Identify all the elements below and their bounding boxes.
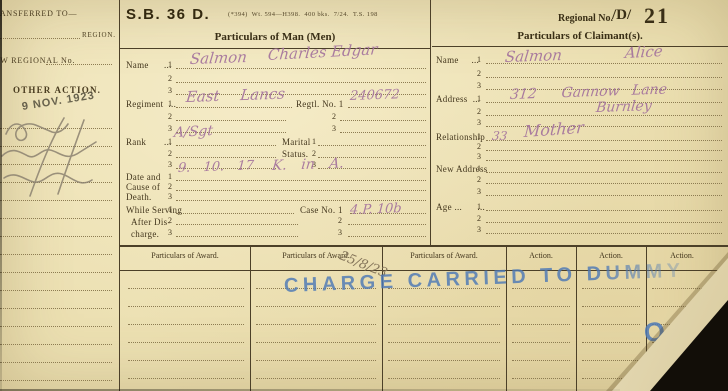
row-number: 1 [312, 137, 316, 146]
dotted-rule [582, 342, 640, 343]
field-label-charge: charge. [131, 229, 159, 239]
row-number: 1 [168, 99, 172, 108]
row-number: 1 [168, 172, 172, 181]
dotted-rule [486, 210, 722, 211]
dotted-rule [176, 82, 426, 83]
field-label-rank: Rank ... [126, 137, 172, 147]
dotted-rule [486, 150, 722, 151]
row-number: 3 [477, 225, 481, 234]
dotted-rule [176, 68, 426, 69]
award-header-1: Particulars of Award. [120, 251, 250, 260]
row-number: 3 [168, 160, 172, 169]
dotted-rule [388, 306, 500, 307]
field-label-name: Name ... [126, 60, 172, 70]
field-label-cause-of: Cause of [126, 182, 160, 192]
dotted-rule [512, 324, 570, 325]
dotted-rule [0, 236, 112, 237]
dotted-rule [128, 342, 244, 343]
dotted-rule [582, 360, 640, 361]
row-number: 3 [168, 124, 172, 133]
field-label-date-and: Date and [126, 172, 161, 182]
claimant-surname-value: Salmon [504, 46, 563, 66]
dotted-rule [128, 360, 244, 361]
relationship-code-value: 33 [491, 129, 508, 143]
row-number: 3 [332, 124, 336, 133]
dotted-rule [0, 290, 112, 291]
dotted-rule [318, 145, 426, 146]
dotted-rule [176, 120, 286, 121]
dotted-rule [582, 306, 640, 307]
dotted-rule [512, 306, 570, 307]
dotted-rule [176, 224, 298, 225]
regtl-no-value: 240672 [349, 87, 400, 104]
relationship-value: Mother [523, 118, 584, 141]
row-number: 2 [338, 216, 342, 225]
dotted-rule [176, 213, 294, 214]
row-number: 2 [332, 112, 336, 121]
dotted-rule [176, 157, 276, 158]
field-label-death: Death. [126, 192, 152, 202]
row-number: 1 [168, 205, 172, 214]
rank-value: A/Sgt [173, 123, 213, 141]
dotted-rule [256, 306, 376, 307]
dotted-rule [256, 378, 376, 379]
row-number: 3 [477, 187, 481, 196]
left-scan-edge [0, 0, 2, 391]
action-header-2: Action. [576, 251, 646, 260]
row-number: 2 [168, 182, 172, 191]
rule-line [432, 46, 728, 47]
regiment-value: East Lancs [185, 85, 286, 107]
dotted-rule [388, 342, 500, 343]
dotted-rule [512, 360, 570, 361]
field-label-claimant-name: Name ... [436, 55, 479, 65]
dotted-rule [582, 288, 640, 289]
row-number: 3 [168, 86, 172, 95]
print-code: (*394) Wt. 594—H398. 400 bks. 7/24. T.S.… [228, 11, 378, 18]
field-label-after-dis: After Dis- [131, 217, 171, 227]
action-header-1: Action. [506, 251, 576, 260]
form-number: S.B. 36 D. [126, 6, 210, 23]
dotted-rule [176, 107, 292, 108]
row-number: 2 [168, 74, 172, 83]
dotted-rule [388, 378, 500, 379]
field-label-address: Address ... [436, 94, 480, 104]
dotted-rule [0, 344, 112, 345]
dotted-rule [348, 236, 426, 237]
row-number: 3 [477, 81, 481, 90]
dotted-rule [388, 360, 500, 361]
regional-no-prefix: /D/ [612, 7, 631, 24]
regional-no-label: Regional No. [558, 13, 613, 24]
row-number: 1 [477, 94, 481, 103]
row-number: 2 [477, 175, 481, 184]
dotted-rule [0, 218, 112, 219]
row-number: 3 [168, 192, 172, 201]
dotted-rule [176, 236, 298, 237]
dotted-rule [512, 342, 570, 343]
dotted-rule [486, 77, 722, 78]
dotted-rule [256, 324, 376, 325]
case-no-value: 4.P. 10b [349, 201, 402, 218]
row-number: 2 [477, 214, 481, 223]
dotted-rule [0, 272, 112, 273]
dotted-rule [256, 342, 376, 343]
pencil-scribble [0, 112, 120, 202]
row-number: 1 [477, 55, 481, 64]
regional-no-value: 21 [644, 3, 670, 29]
dotted-rule [388, 324, 500, 325]
row-number: 1 [477, 132, 481, 141]
dotted-rule [176, 145, 276, 146]
row-number: 1 [168, 60, 172, 69]
dotted-rule [486, 233, 722, 234]
pension-record-card: TRANSFERRED TO— REGION. NEW REGIONAL No.… [0, 0, 728, 391]
transferred-to-label: TRANSFERRED TO— [0, 9, 77, 18]
dotted-rule [0, 254, 112, 255]
dotted-rule [486, 126, 722, 127]
dotted-rule [128, 306, 244, 307]
marital-label: Marital [282, 137, 311, 147]
row-number: 2 [477, 142, 481, 151]
dotted-rule [486, 140, 722, 141]
rule-line [119, 245, 728, 247]
dotted-rule [0, 362, 112, 363]
dotted-rule [0, 326, 112, 327]
dotted-rule [128, 324, 244, 325]
claimant-forename-value: Alice [624, 42, 663, 62]
row-number: 3 [338, 228, 342, 237]
award-header-3: Particulars of Award. [382, 251, 506, 260]
dotted-rule [128, 288, 244, 289]
dotted-rule [348, 224, 426, 225]
dotted-rule [486, 160, 722, 161]
dotted-rule [582, 324, 640, 325]
dotted-rule [340, 132, 426, 133]
man-forenames-value: Charles Edgar [267, 40, 378, 64]
dotted-rule [0, 38, 80, 39]
case-no-label: Case No. 1 [300, 205, 343, 215]
row-number: 2 [168, 216, 172, 225]
rule-line [430, 0, 431, 246]
dotted-rule [340, 120, 426, 121]
regtl-no-label: Regtl. No. 1 [296, 99, 344, 109]
field-label-while-serving: While Serving [126, 205, 182, 215]
row-number: 1 [168, 137, 172, 146]
address-line2-value: Burnley [595, 98, 652, 116]
row-number: 1 [477, 164, 481, 173]
dotted-rule [486, 172, 722, 173]
row-number: 3 [477, 152, 481, 161]
action-header-3: Action. [646, 251, 718, 260]
dotted-rule [128, 378, 244, 379]
row-number: 2 [477, 107, 481, 116]
death-date-value: 9. 10. 17 [177, 158, 254, 176]
death-cause-value: K. in A. [271, 155, 345, 174]
dotted-rule [512, 378, 570, 379]
dotted-rule [486, 222, 722, 223]
claimant-panel-title: Particulars of Claimant(s). [432, 30, 728, 42]
man-surname-value: Salmon [189, 48, 248, 68]
man-panel-title: Particulars of Man (Men) [120, 31, 430, 43]
row-number: 2 [168, 149, 172, 158]
row-number: 1 [477, 202, 481, 211]
region-label: REGION. [82, 31, 116, 39]
row-number: 2 [477, 69, 481, 78]
dotted-rule [176, 180, 426, 181]
row-number: 2 [168, 112, 172, 121]
dotted-rule [486, 195, 722, 196]
rule-line [250, 246, 251, 391]
dotted-rule [176, 190, 426, 191]
dotted-rule [0, 380, 112, 381]
new-regional-no-label: NEW REGIONAL No. [0, 56, 75, 65]
row-number: 3 [477, 118, 481, 127]
dotted-rule [256, 360, 376, 361]
dotted-rule [0, 308, 112, 309]
dotted-rule [486, 183, 722, 184]
dotted-rule [348, 107, 426, 108]
row-number: 3 [168, 228, 172, 237]
